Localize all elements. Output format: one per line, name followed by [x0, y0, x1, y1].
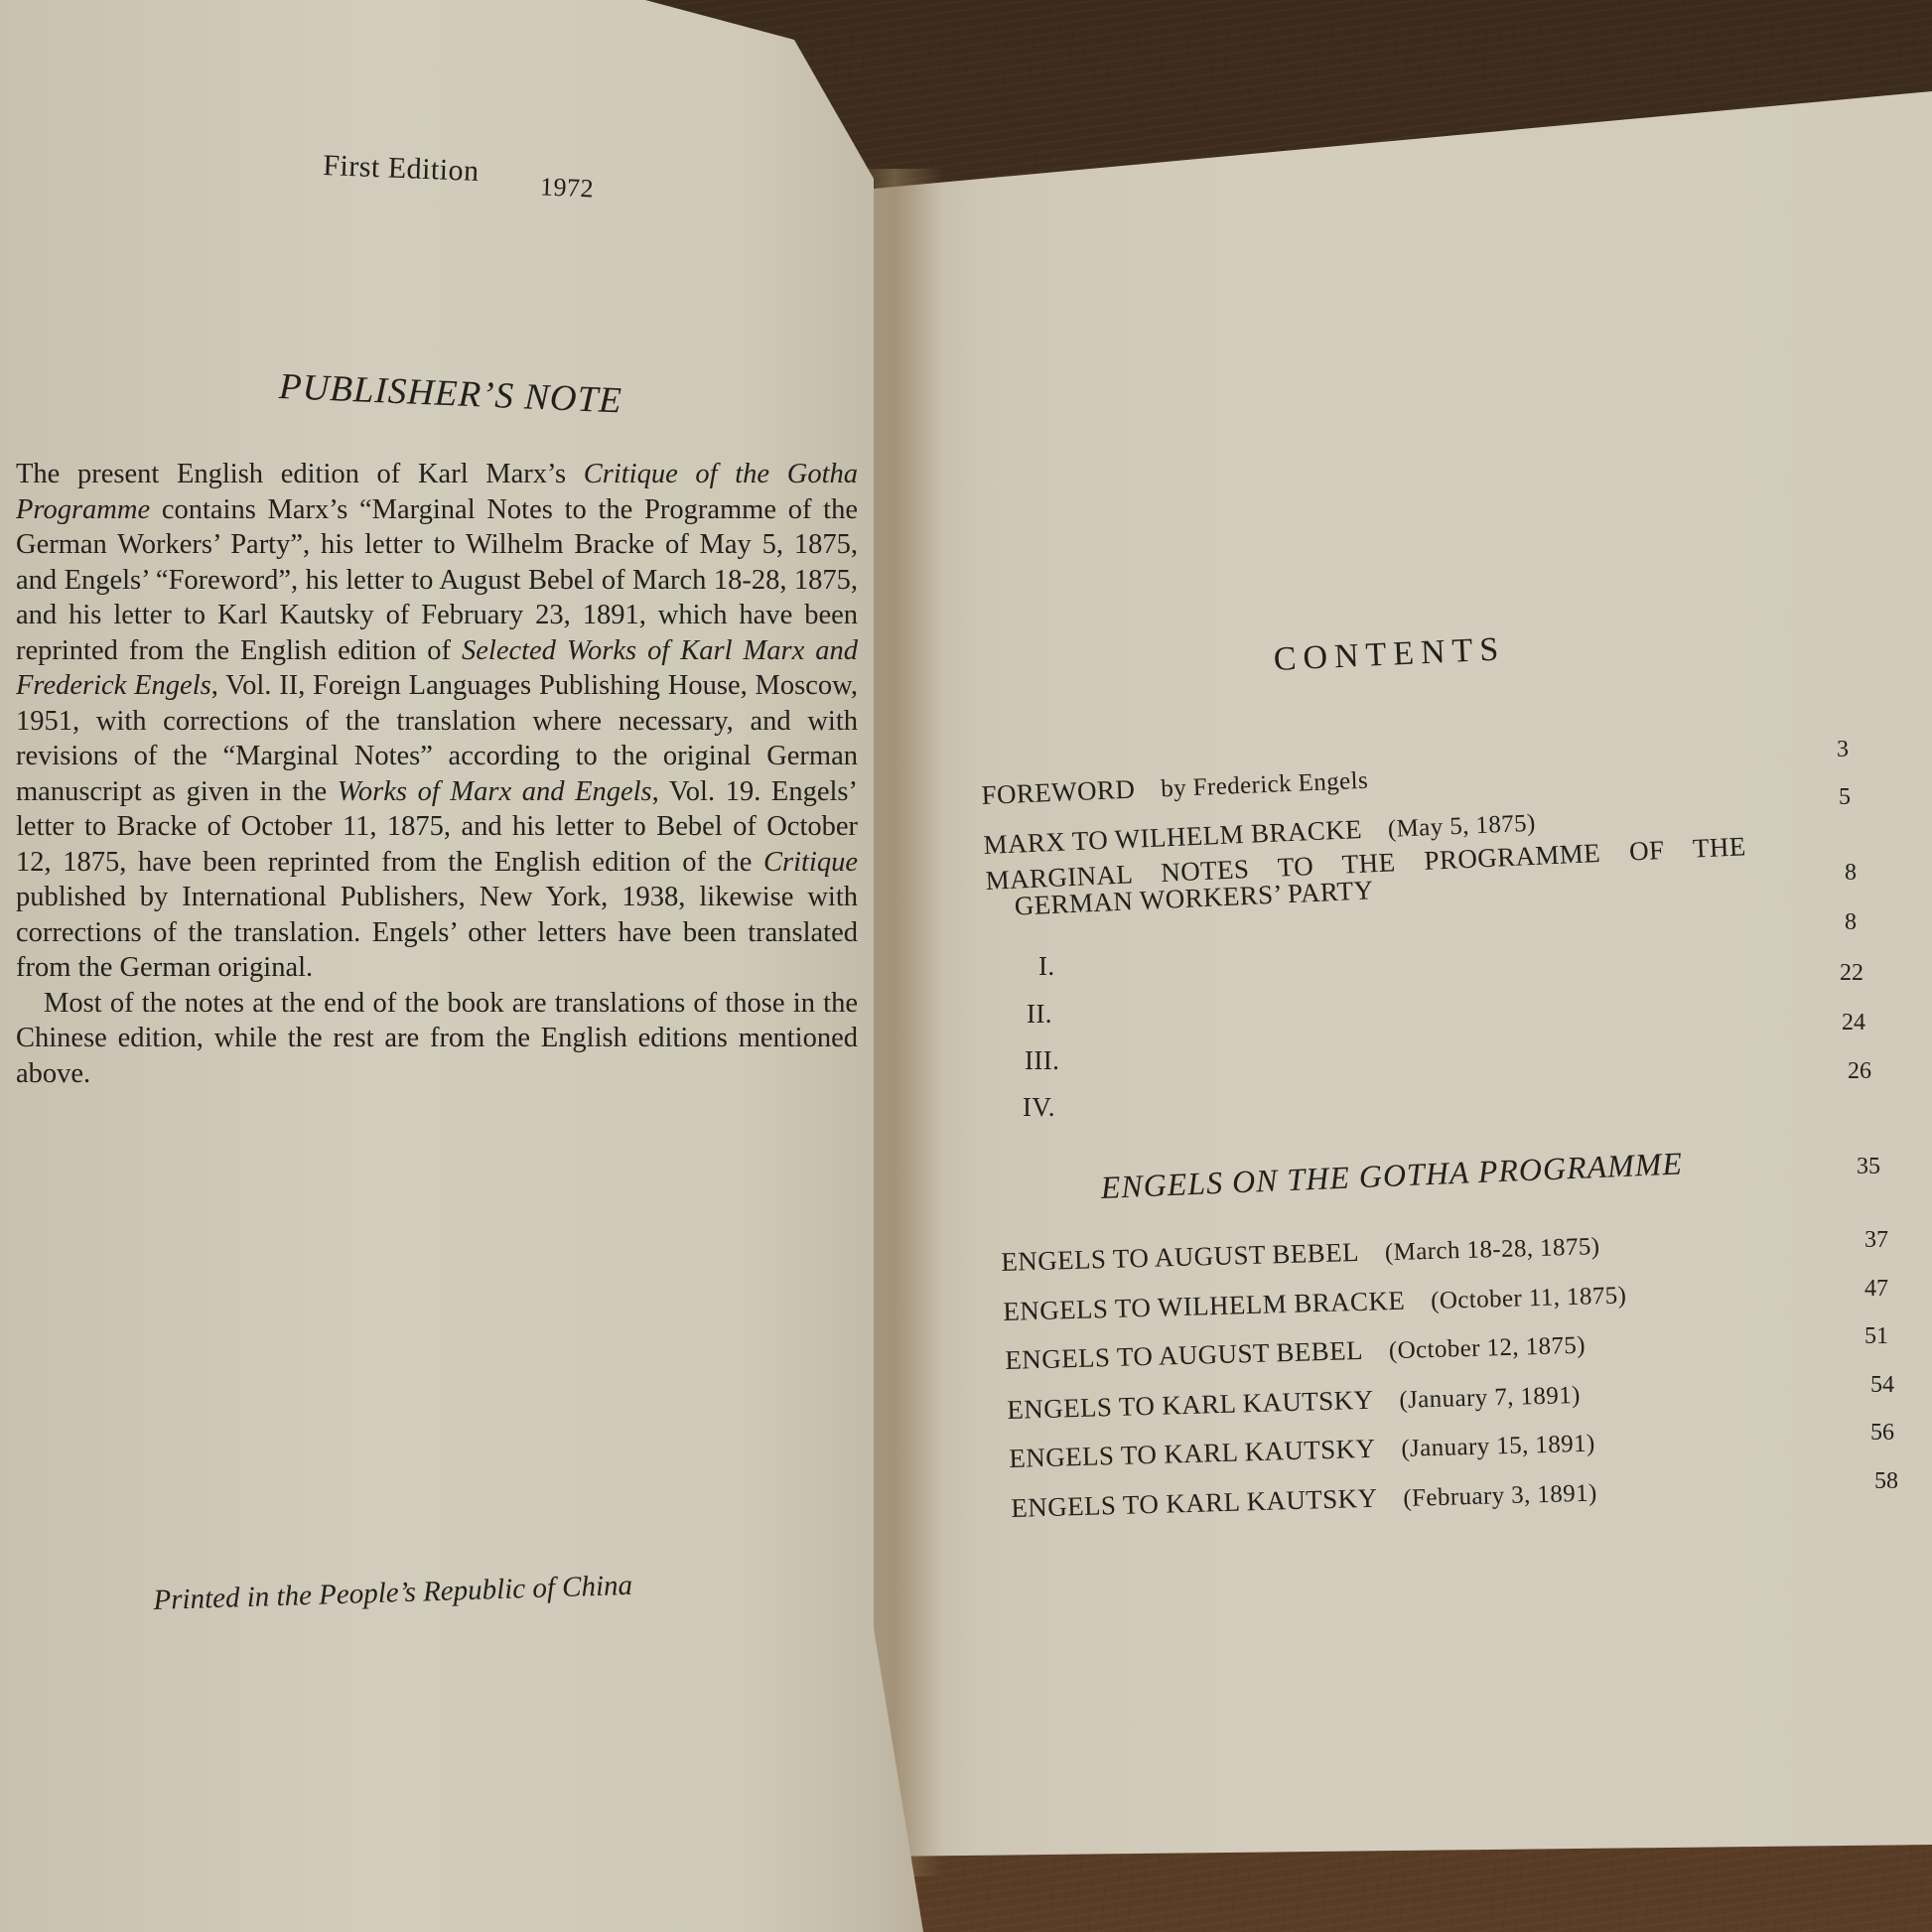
toc-entry-title: ENGELS TO KARL KAUTSKY [1011, 1482, 1378, 1522]
toc-entry-title: ENGELS TO KARL KAUTSKY [1009, 1434, 1376, 1473]
toc-entry-title: ENGELS TO AUGUST BEBEL [1001, 1237, 1359, 1277]
toc-entry: ENGELS TO WILHELM BRACKE(October 11, 187… [1003, 1279, 1627, 1327]
toc-page-number: 54 [1870, 1372, 1894, 1399]
contents-page: CONTENTS FOREWORDby Frederick Engels3MAR… [0, 0, 1932, 1932]
toc-entry-detail: (May 5, 1875) [1387, 810, 1536, 843]
toc-page-number: 24 [1842, 1010, 1865, 1036]
toc-entry: ENGELS TO KARL KAUTSKY(January 15, 1891) [1009, 1428, 1595, 1474]
toc-entry-title: III. [1025, 1045, 1059, 1075]
section-page-number: 35 [1857, 1154, 1880, 1180]
toc-entry: FOREWORDby Frederick Engels [981, 764, 1369, 811]
toc-entry-title: ENGELS TO KARL KAUTSKY [1007, 1384, 1374, 1424]
toc-entry-title: ENGELS TO AUGUST BEBEL [1005, 1335, 1363, 1375]
toc-entry-detail: (October 12, 1875) [1389, 1332, 1587, 1365]
toc-entry-title: IV. [1023, 1092, 1055, 1122]
toc-entry-title: FOREWORD [981, 774, 1136, 810]
toc-entry: III. [1025, 1045, 1059, 1076]
toc-entry-detail: (March 18-28, 1875) [1385, 1233, 1600, 1266]
toc-entry-title: I. [1038, 951, 1055, 981]
toc-page-number: 37 [1864, 1227, 1888, 1254]
toc-entry: ENGELS TO AUGUST BEBEL(October 12, 1875) [1005, 1329, 1586, 1376]
toc-page-number: 8 [1845, 860, 1857, 887]
toc-page-number: 5 [1839, 784, 1851, 811]
toc-entry-detail: by Frederick Engels [1161, 767, 1369, 803]
toc-entry-title: II. [1027, 999, 1052, 1029]
toc-entry-detail: (January 7, 1891) [1399, 1381, 1581, 1413]
section-heading: ENGELS ON THE GOTHA PROGRAMME [1100, 1145, 1684, 1206]
toc-entry: ENGELS TO KARL KAUTSKY(February 3, 1891) [1011, 1476, 1597, 1523]
toc-entry-detail: (January 15, 1891) [1401, 1431, 1595, 1462]
toc-page-number: 22 [1840, 960, 1863, 987]
toc-entry: ENGELS TO KARL KAUTSKY(January 7, 1891) [1007, 1378, 1581, 1425]
toc-entry: II. [1027, 999, 1052, 1030]
toc-page-number: 8 [1845, 909, 1857, 936]
toc-page-number: 51 [1864, 1323, 1888, 1350]
toc-entry-detail: (October 11, 1875) [1431, 1282, 1627, 1313]
toc-page-number: 58 [1874, 1468, 1898, 1495]
toc-entry: ENGELS TO AUGUST BEBEL(March 18-28, 1875… [1001, 1230, 1600, 1278]
toc-page-number: 3 [1837, 737, 1849, 763]
toc-entry-detail: (February 3, 1891) [1403, 1479, 1597, 1511]
toc-page-number: 47 [1864, 1276, 1888, 1303]
toc-page-number: 56 [1870, 1420, 1894, 1447]
toc-page-number: 26 [1848, 1058, 1871, 1085]
contents-heading: CONTENTS [1273, 630, 1506, 679]
toc-entry-title: ENGELS TO WILHELM BRACKE [1003, 1285, 1406, 1325]
toc-entry: I. [1038, 951, 1055, 982]
toc-entry: IV. [1023, 1092, 1055, 1123]
